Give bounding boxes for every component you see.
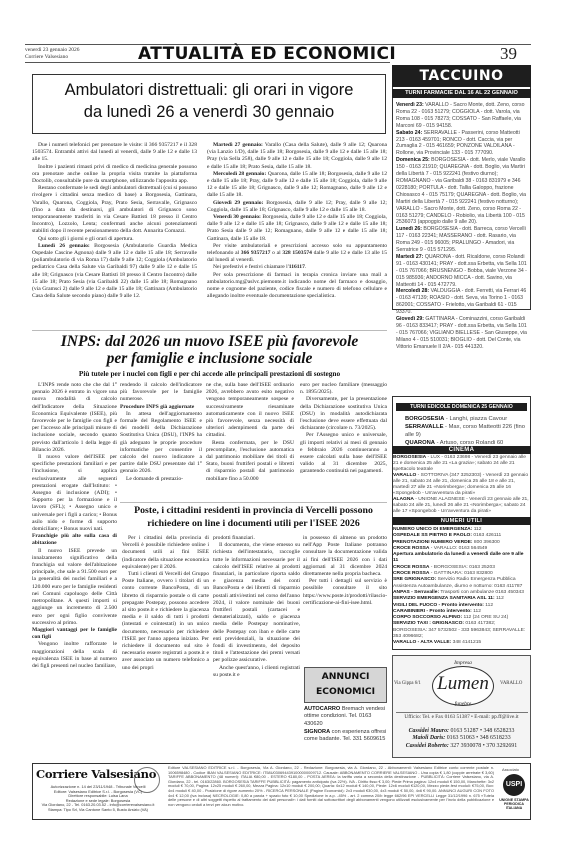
cinema-title: CINEMA: [392, 446, 531, 454]
paragraph: Vengono inoltre rafforzate le maggiorazi…: [32, 641, 117, 670]
classifieds-title-line-1: ANNUNCI: [304, 669, 387, 685]
cinema-list: BORGOSESIA - LUX - 0163 23698 - Venerdì …: [393, 455, 529, 515]
headline-line-1: Ambulatori distrettuali: gli orari in vi…: [32, 79, 386, 101]
paragraph: rendendo il calcolo dell'indicatore più …: [120, 382, 202, 404]
paragraph: prodotti finanziari.: [213, 535, 300, 542]
uspi-label: UNIONE STAMPA PERIODICA ITALIANA: [498, 798, 530, 811]
subheading: Maggiori vantaggi per le famiglie con fi…: [32, 627, 117, 641]
headline-line-2: per famiglie e inclusione sociale: [32, 350, 387, 367]
colophon-line: Stampa: Tipo Srl, Via Cantone Santo 5, B…: [36, 808, 160, 813]
appointment-info: Per visite ambulatoriali e prescrizioni …: [207, 243, 387, 265]
pharmacy-shifts-list: Venerdì 23: VARALLO - Sacro Monte, dott.…: [396, 102, 528, 351]
headline-line-1: Poste, i cittadini residenti in provinci…: [120, 504, 387, 517]
phone-number: 366 9357217: [241, 250, 271, 256]
cinema-entry: ALAGNA - UNIONE ALAGNESE - Venerdì 23 ge…: [393, 497, 529, 515]
paragraph: Due i numeri telefonici per prenotare le…: [32, 142, 197, 164]
newsstand-entry: BORGOSESIA - Langhi, piazza Cavour: [405, 415, 529, 423]
ad-people-list: Cassidei Mauro: 0163 51287 • 348 6528233…: [394, 728, 529, 750]
paragraph: In attesa dell'aggiornamento formale del…: [120, 411, 202, 476]
ad-address: Via Gippa 6/1: [394, 681, 421, 686]
classifieds-title-line-2: ECONOMICI: [304, 685, 387, 699]
uspi-logo-icon: USPI: [503, 774, 525, 796]
paragraph: Resta confermata, per le DSU precompilat…: [206, 440, 294, 483]
schedule-wednesday: Mercoledì 28 gennaio: Quarona, dalle 15 …: [207, 171, 387, 200]
pharmacy-shift-entry: Sabato 24: SERRAVALLE - Passerini, corso…: [396, 130, 528, 158]
page-number: 39: [500, 44, 517, 64]
article-poste-column-2: prodotti finanziari. Il documento, che v…: [213, 535, 300, 679]
subheading: Procedure INPS già aggiornate: [120, 404, 202, 411]
ad-brand-name: Lumen: [432, 672, 494, 696]
paragraph: ne che, sulla base dell'ISEE ordinario 2…: [206, 382, 294, 440]
paragraph: Tutti i clienti di Vercelli del Gruppo P…: [122, 571, 209, 672]
article-poste-column-3: in possesso di almeno un prodotto nell'A…: [303, 535, 387, 607]
associated-label: Associato: [502, 767, 519, 772]
useful-number-entry: SERVIZIO TAXI : GRIGNASCO: 0163 417382; …: [393, 621, 529, 640]
useful-numbers-title: NUMERI UTILI: [392, 517, 531, 525]
schedule-thursday: Giovedì 29 gennaio: Borgosesia, dalle 9 …: [207, 200, 387, 214]
paragraph: Per i cittadini della provincia di Verce…: [122, 535, 209, 571]
chronic-prescription-info: Per sola prescrizione di farmaci in tera…: [207, 272, 387, 301]
section-title: ATTUALITÀ ED ECONOMICI: [138, 44, 438, 64]
issue-date: venerdì 23 gennaio 2026: [25, 47, 80, 54]
ad-contacts: Ufficio: Tel. e Fax 0163 51387 • E-mail:…: [394, 714, 529, 720]
article-inps-title: INPS: dal 2026 un nuovo ISEE più favorev…: [32, 333, 387, 367]
article-poste-title: Poste, i cittadini residenti in provinci…: [120, 504, 387, 530]
cinema-entry: BORGOSESIA - LUX - 0163 23698 - Venerdì …: [393, 455, 529, 473]
article-inps-column-4: euro per nucleo familiare (messaggio n. …: [296, 382, 387, 476]
ad-divider: [396, 712, 528, 713]
paragraph: in possesso di almeno un prodotto nell'A…: [303, 535, 387, 578]
pharmacy-shifts-title: TURNI FARMACIE DAL 16 AL 22 GENNAIO: [392, 89, 531, 98]
article-ambulatori-title: Ambulatori distrettuali: gli orari in vi…: [32, 79, 386, 123]
colophon-info: Autorizzazione n. 14 del 23/11/1948 - Tr…: [36, 785, 160, 813]
paragraph: Per l'Assegno unico e universale, gli im…: [300, 432, 387, 475]
newsstand-list: BORGOSESIA - Langhi, piazza Cavour SERRA…: [405, 415, 529, 447]
newsstand-entry: SERRAVALLE - Max, corso Matteotti 226 (f…: [405, 423, 529, 439]
paragraph: Il nuovo valore dell'ISEE per specifiche…: [32, 454, 117, 533]
ad-logo-bottom-text: funebre: [432, 701, 494, 707]
paragraph: Diversamente, per la presentazione della…: [300, 396, 387, 432]
cinema-entry: VARALLO - SOTTORIVA (347 3252303) - Vene…: [393, 473, 529, 497]
ad-person: Maioli Daris: 0163 51063 • 348 6518233: [394, 735, 529, 742]
paragraph: euro per nucleo familiare (messaggio n. …: [300, 382, 387, 396]
ad-city: VARALLO: [500, 681, 522, 686]
article-inps-column-1: L'INPS rende noto che che dal 1° gennaio…: [32, 382, 117, 670]
useful-number-entry: SRE GRIGNASCO: Servizio Radio Emergenza …: [393, 577, 529, 590]
masthead-date: venerdì 23 gennaio 2026 Corriere Valsesi…: [25, 47, 80, 60]
article-ambulatori-column-1: Due i numeri telefonici per prenotare le…: [32, 142, 197, 300]
ad-logo-top-text: Impresa: [432, 660, 494, 666]
schedule-monday: Lunedì 26 gennaio: Borgosesia (Ambulator…: [32, 243, 197, 301]
article-inps-column-3: ne che, sulla base dell'ISEE ordinario 2…: [202, 382, 294, 483]
emergency-number: 116117: [289, 264, 305, 270]
pharmacy-shift-entry: Venerdì 23: VARALLO - Sacro Monte, dott.…: [396, 102, 528, 130]
paragraph: Per tutti i dettagli sul servizio è poss…: [303, 578, 387, 607]
pharmacy-shift-entry: Domenica 25: BORGOSESIA - dott. Merlo, v…: [396, 157, 528, 226]
paragraph: Il nuovo ISEE prevede un innalzamento si…: [32, 548, 117, 627]
classifieds-list: AUTOCARRO Bremach vendesi ottime condizi…: [304, 706, 388, 744]
article-inps-column-2: rendendo il calcolo dell'indicatore più …: [117, 382, 202, 483]
classified-ad: AUTOCARRO Bremach vendesi ottime condizi…: [304, 706, 388, 728]
paragraph: L'INPS rende noto che che dal 1° gennaio…: [32, 382, 117, 454]
classified-ad: SIGNORA con esperienza offresi come bada…: [304, 729, 388, 744]
useful-number-entry: Apertura ambulatorio da lunedì a venerdì…: [393, 552, 529, 565]
paragraph: Il documento, che viene emesso su richie…: [213, 542, 300, 664]
ad-person: Cassidei Roberto: 327 3930078 • 370 3292…: [394, 743, 529, 750]
masthead-rule-bottom: [25, 62, 390, 63]
useful-numbers-list: NUMERO UNICO DI EMERGENZA: 112 OSPEDALE …: [393, 527, 529, 647]
pharmacy-shift-entry: Mercoledì 28: VALDUGGIA - dott. Ferretti…: [396, 288, 528, 316]
ad-person: Cassidei Mauro: 0163 51287 • 348 6528233: [394, 728, 529, 735]
schedule-tuesday: Martedì 27 gennaio: Varallo (Casa della …: [207, 142, 387, 171]
taccuino-title: TACCUINO: [392, 65, 531, 87]
paragraph: Qui sotto gli i giorni e gli orari di ap…: [32, 236, 197, 243]
article-separator: [120, 502, 387, 503]
headline-line-1: INPS: dal 2026 un nuovo ISEE più favorev…: [32, 333, 387, 350]
imprint-text: Editore VALSESIANO EDITRICE s.r.l. - Bor…: [168, 766, 494, 807]
publication-name: Corriere Valsesiano: [25, 54, 80, 61]
holiday-info: Nei prefestivi e festivi chiamare l'1161…: [207, 264, 387, 271]
pharmacy-shift-entry: Lunedì 26: BORGOSESIA - dott. Barreca, c…: [396, 226, 528, 254]
pharmacy-shift-entry: Martedì 27: QUARONA - dott. Ricaldone, c…: [396, 254, 528, 289]
article-separator: [32, 330, 387, 331]
headline-line-2: richiedere on line i documenti utili per…: [120, 517, 387, 530]
article-poste-column-1: Per i cittadini della provincia di Verce…: [122, 535, 209, 672]
paragraph: Le domande di prestazio-: [120, 476, 202, 483]
schedule-friday: Venerdì 30 gennaio: Borgosesia, dalle 9 …: [207, 214, 387, 243]
paragraph: Restano confermate le sedi degli ambulat…: [32, 185, 197, 235]
paragraph: Inoltre i pazienti rimasti privi di medi…: [32, 164, 197, 186]
paragraph: Anche quest'anno, i clienti registrati s…: [213, 665, 300, 679]
headline-line-2: da lunedì 26 a venerdì 30 gennaio: [32, 101, 386, 123]
pharmacy-shift-entry: Giovedì 29: GATTINARA - Cominazzini, cor…: [396, 316, 528, 351]
useful-number-entry: VARALLO - ALTA VALLE: 348 4141215: [393, 640, 529, 646]
subheading: Franchigie più alte sulla casa di abitaz…: [32, 533, 117, 547]
article-inps-subtitle: Più tutele per i nuclei con figli e per …: [32, 369, 387, 378]
newsstand-shifts-title: TURNI EDICOLE DOMENICA 25 GENNAIO: [396, 403, 527, 411]
classifieds-title: ANNUNCI ECONOMICI: [304, 669, 387, 699]
phone-number: 328 1503574: [282, 250, 312, 256]
article-ambulatori-column-2: Martedì 27 gennaio: Varallo (Casa della …: [207, 142, 387, 300]
